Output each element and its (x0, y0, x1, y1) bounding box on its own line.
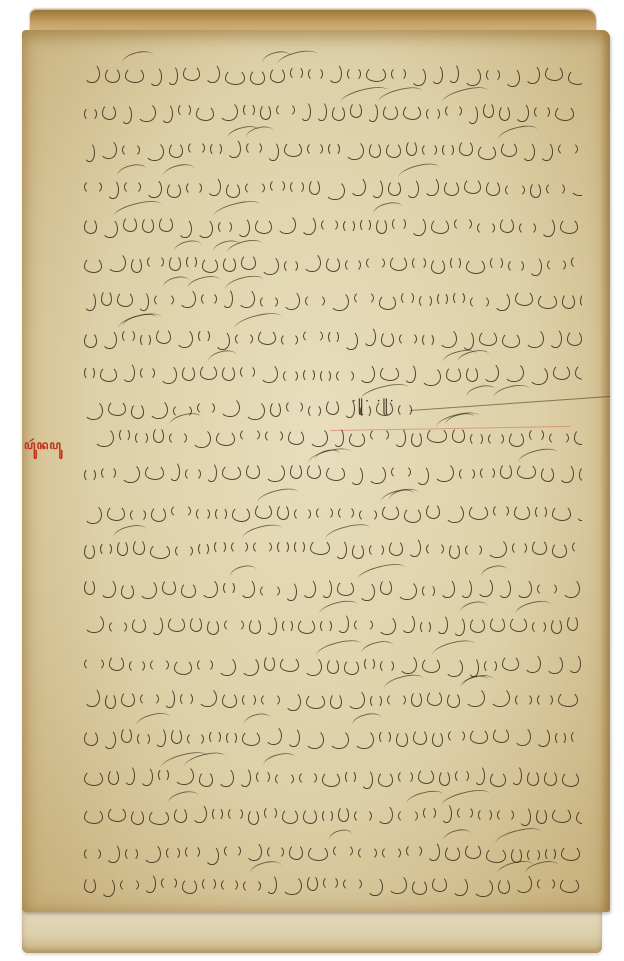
script-glyph (267, 845, 284, 859)
script-glyph (484, 659, 497, 673)
script-glyph (218, 767, 234, 787)
script-glyph (454, 217, 472, 231)
script-glyph (549, 328, 562, 348)
script-glyph (149, 809, 169, 825)
script-glyph (140, 766, 153, 786)
manuscript-line (84, 361, 582, 387)
script-glyph (225, 69, 245, 85)
script-glyph (392, 217, 406, 231)
script-glyph (121, 691, 135, 707)
manuscript-line (84, 500, 582, 526)
script-glyph (151, 615, 163, 635)
script-glyph (167, 65, 178, 85)
script-glyph (493, 727, 509, 743)
script-glyph (261, 255, 279, 275)
script-glyph (186, 255, 197, 269)
script-glyph (192, 428, 211, 448)
script-glyph (434, 462, 454, 482)
script-glyph (406, 140, 417, 156)
script-glyph (439, 328, 457, 348)
script-glyph (222, 692, 237, 708)
script-glyph (283, 290, 300, 310)
script-glyph (207, 176, 221, 196)
script-glyph (243, 879, 261, 893)
script-glyph (245, 400, 265, 420)
script-glyph (175, 544, 193, 558)
script-glyph (527, 770, 539, 786)
script-glyph (416, 465, 429, 485)
script-glyph (359, 508, 377, 522)
script-glyph (490, 616, 505, 632)
script-glyph (411, 216, 426, 236)
script-glyph (522, 141, 535, 161)
script-glyph (529, 365, 548, 385)
script-glyph (241, 656, 259, 676)
script-glyph (198, 542, 209, 556)
script-glyph (419, 294, 432, 308)
script-glyph (156, 328, 171, 344)
script-glyph (404, 507, 421, 523)
script-glyph (260, 295, 278, 309)
script-glyph (486, 68, 500, 82)
script-glyph (197, 658, 213, 672)
script-glyph (246, 463, 260, 479)
script-glyph (363, 326, 376, 346)
script-glyph (84, 366, 95, 380)
script-glyph (307, 875, 318, 891)
script-glyph (442, 143, 454, 157)
red-margin-note: ꦥꦸꦂꦤꦥꦸ (24, 436, 62, 460)
script-glyph (120, 878, 139, 892)
script-glyph (369, 543, 384, 557)
script-glyph (108, 400, 126, 416)
script-glyph (447, 692, 460, 708)
script-glyph (84, 291, 96, 311)
script-glyph (370, 694, 382, 708)
script-glyph (367, 876, 383, 896)
script-glyph (328, 330, 339, 344)
script-glyph (326, 256, 340, 272)
script-glyph (270, 401, 281, 417)
script-glyph (426, 107, 440, 121)
underlying-page (22, 905, 602, 953)
script-glyph (537, 693, 553, 707)
script-glyph (512, 541, 527, 555)
script-glyph (266, 615, 277, 635)
script-glyph (546, 182, 565, 196)
script-glyph (568, 653, 581, 673)
script-glyph (515, 290, 533, 306)
script-glyph (135, 431, 148, 445)
script-glyph (145, 141, 164, 161)
script-glyph (287, 727, 300, 747)
script-glyph (390, 255, 407, 271)
script-glyph (265, 725, 282, 745)
script-glyph (197, 218, 213, 238)
script-glyph (155, 727, 166, 747)
script-glyph (266, 874, 277, 894)
script-glyph (509, 431, 524, 447)
script-glyph (286, 400, 303, 414)
script-glyph (455, 769, 469, 783)
script-glyph (576, 501, 582, 521)
script-glyph (541, 466, 554, 482)
script-glyph (84, 107, 97, 121)
script-glyph (117, 291, 133, 307)
underlying-page-text-line (140, 932, 520, 942)
script-glyph (140, 692, 159, 706)
script-glyph (444, 180, 459, 196)
script-glyph (344, 659, 359, 675)
manuscript-line (84, 576, 582, 602)
script-glyph (431, 64, 443, 84)
script-glyph (366, 256, 385, 270)
script-glyph (508, 259, 524, 273)
script-glyph (84, 332, 97, 348)
script-glyph (167, 182, 181, 198)
script-glyph (527, 848, 540, 862)
script-glyph (502, 332, 520, 348)
script-glyph (205, 845, 219, 865)
script-glyph (391, 465, 411, 479)
manuscript-line (84, 213, 582, 239)
script-glyph (94, 427, 114, 447)
script-glyph (439, 770, 450, 786)
script-glyph (153, 427, 164, 443)
script-glyph (380, 579, 392, 595)
script-glyph (101, 877, 115, 897)
script-glyph (426, 503, 440, 519)
script-glyph (466, 366, 478, 382)
script-glyph (532, 539, 547, 555)
script-glyph (558, 142, 578, 156)
script-glyph (125, 847, 138, 861)
script-glyph (140, 333, 151, 347)
script-glyph (219, 101, 238, 121)
script-glyph (368, 464, 386, 484)
script-glyph (552, 807, 571, 823)
script-glyph (486, 180, 500, 196)
script-glyph (108, 806, 126, 822)
script-glyph (322, 771, 340, 787)
script-glyph (467, 104, 478, 124)
script-glyph (529, 256, 542, 276)
script-glyph (265, 462, 285, 482)
script-glyph (445, 657, 463, 677)
script-glyph (545, 65, 563, 81)
script-glyph (222, 464, 241, 480)
script-glyph (488, 432, 504, 446)
script-glyph (84, 847, 101, 861)
script-glyph (562, 293, 575, 309)
script-glyph (337, 580, 354, 596)
script-glyph (345, 770, 356, 784)
script-glyph (470, 432, 483, 446)
script-glyph (354, 618, 373, 632)
script-glyph (345, 140, 364, 160)
script-glyph (470, 295, 489, 309)
script-glyph (218, 656, 236, 676)
script-glyph (197, 401, 215, 415)
script-glyph (570, 176, 582, 196)
script-glyph (579, 466, 582, 482)
script-glyph (100, 578, 116, 598)
script-glyph (516, 578, 532, 598)
script-glyph (178, 218, 192, 238)
script-glyph (453, 291, 465, 305)
script-glyph (524, 653, 541, 673)
script-glyph (245, 181, 265, 195)
script-glyph (145, 464, 164, 480)
script-glyph (525, 64, 540, 84)
script-glyph (412, 879, 427, 895)
script-glyph (212, 807, 223, 821)
script-glyph (427, 841, 440, 861)
script-glyph (478, 144, 496, 160)
script-glyph (354, 291, 374, 305)
script-glyph (326, 399, 339, 415)
script-glyph (499, 105, 510, 121)
script-glyph (282, 808, 298, 824)
script-glyph (159, 216, 173, 232)
script-glyph (347, 689, 365, 709)
script-glyph (185, 845, 200, 859)
script-glyph (534, 105, 550, 119)
script-glyph (576, 809, 582, 825)
script-glyph (494, 291, 510, 311)
script-glyph (386, 142, 401, 158)
script-glyph (561, 845, 580, 861)
script-glyph (84, 687, 100, 707)
script-glyph (122, 143, 140, 157)
script-glyph (84, 657, 104, 671)
script-glyph (459, 140, 473, 156)
script-glyph (328, 142, 340, 156)
script-glyph (137, 732, 150, 746)
script-glyph (465, 543, 482, 557)
script-glyph (505, 67, 520, 87)
script-glyph (336, 369, 354, 383)
script-glyph (401, 613, 415, 633)
script-glyph (302, 578, 316, 598)
script-glyph (490, 687, 510, 707)
script-glyph (555, 105, 574, 121)
script-glyph (338, 506, 354, 520)
script-glyph (281, 333, 298, 347)
script-glyph (411, 691, 422, 707)
script-glyph (290, 180, 304, 194)
script-glyph (406, 844, 422, 858)
script-glyph (580, 292, 582, 308)
script-glyph (264, 655, 275, 671)
script-glyph (515, 693, 532, 707)
script-glyph (477, 221, 495, 235)
script-glyph (448, 63, 459, 83)
script-glyph (105, 693, 116, 709)
script-glyph (303, 329, 323, 343)
script-glyph (149, 399, 168, 419)
script-glyph (174, 807, 187, 823)
script-glyph (525, 328, 544, 348)
script-glyph (282, 875, 302, 895)
script-glyph (366, 66, 386, 82)
script-glyph (294, 540, 305, 554)
script-glyph (171, 504, 191, 518)
script-glyph (107, 505, 125, 521)
script-glyph (379, 730, 391, 744)
script-glyph (124, 765, 135, 785)
script-glyph (412, 256, 426, 270)
script-glyph (215, 507, 227, 521)
script-glyph (221, 878, 238, 892)
script-glyph (427, 690, 442, 706)
script-glyph (432, 876, 447, 892)
script-glyph (418, 768, 434, 784)
script-glyph (103, 729, 116, 749)
script-glyph (220, 397, 240, 417)
script-glyph (560, 218, 578, 234)
script-glyph (411, 66, 426, 86)
script-glyph (532, 620, 546, 634)
script-glyph (164, 688, 175, 708)
script-glyph (361, 769, 373, 789)
script-glyph (101, 466, 116, 480)
script-glyph (84, 63, 100, 83)
script-glyph (349, 431, 365, 447)
script-glyph (530, 182, 541, 198)
script-glyph (242, 730, 260, 746)
manuscript-photo: ꦥꦸꦂꦤꦥꦸ ·꧋· ·꧋· (0, 0, 624, 961)
script-glyph (558, 691, 578, 707)
script-glyph (308, 67, 323, 81)
script-glyph (358, 846, 377, 860)
script-glyph (187, 732, 204, 746)
script-glyph (267, 141, 279, 161)
manuscript-line (84, 325, 582, 351)
script-glyph (84, 808, 103, 824)
script-glyph (209, 730, 221, 744)
script-glyph (519, 221, 536, 235)
script-glyph (536, 727, 550, 747)
script-glyph (222, 365, 235, 381)
script-glyph (338, 806, 349, 822)
script-glyph (249, 618, 261, 634)
script-glyph (307, 142, 323, 156)
script-glyph (166, 846, 180, 860)
script-glyph (146, 178, 162, 198)
script-glyph (431, 258, 445, 274)
script-glyph (464, 178, 481, 194)
script-glyph (178, 103, 191, 117)
script-glyph (403, 104, 421, 120)
script-glyph (413, 729, 427, 745)
script-glyph (303, 808, 317, 824)
script-glyph (121, 727, 132, 743)
script-glyph (369, 142, 381, 158)
script-glyph (490, 771, 506, 787)
script-glyph (243, 103, 255, 117)
script-glyph (161, 103, 173, 123)
script-glyph (423, 806, 436, 820)
script-glyph (226, 182, 240, 198)
script-glyph (151, 506, 166, 522)
script-glyph (143, 843, 161, 863)
script-glyph (84, 770, 103, 786)
script-glyph (544, 770, 557, 786)
script-glyph (371, 178, 383, 198)
manuscript-line (84, 764, 582, 790)
script-glyph (397, 580, 417, 600)
script-glyph (260, 363, 278, 383)
script-glyph (465, 843, 481, 859)
script-glyph (350, 465, 363, 485)
script-glyph (360, 218, 371, 232)
script-glyph (571, 730, 582, 744)
script-glyph (493, 504, 509, 518)
script-glyph (133, 539, 145, 555)
script-glyph (459, 467, 475, 481)
script-glyph (568, 69, 582, 85)
script-glyph (190, 616, 202, 632)
script-glyph (559, 463, 574, 483)
script-glyph (285, 691, 301, 711)
script-glyph (350, 176, 366, 196)
script-glyph (408, 537, 421, 557)
script-glyph (282, 619, 293, 633)
script-glyph (308, 845, 328, 861)
script-glyph (404, 363, 416, 383)
script-glyph (514, 504, 530, 520)
script-glyph (422, 333, 434, 347)
script-glyph (240, 365, 255, 379)
script-glyph (330, 693, 342, 709)
script-glyph (330, 291, 349, 311)
script-glyph (142, 217, 154, 233)
script-glyph (515, 102, 529, 122)
script-glyph (536, 808, 547, 824)
script-glyph (388, 874, 407, 894)
script-glyph (572, 540, 582, 554)
script-glyph (500, 217, 514, 233)
script-glyph (198, 687, 217, 707)
script-glyph (377, 804, 393, 824)
section-end-mark: ·꧋· ·꧋· (352, 392, 396, 416)
script-glyph (514, 726, 531, 746)
script-glyph (480, 466, 495, 480)
script-glyph (468, 657, 479, 677)
script-glyph (84, 257, 102, 273)
script-glyph (422, 143, 437, 157)
script-glyph (323, 876, 338, 890)
script-glyph (389, 540, 403, 556)
script-glyph (102, 104, 116, 120)
script-glyph (100, 366, 117, 382)
script-glyph (483, 102, 494, 118)
script-glyph (147, 255, 164, 269)
script-glyph (242, 693, 256, 707)
script-glyph (436, 614, 448, 634)
script-glyph (285, 581, 297, 601)
script-glyph (237, 217, 250, 237)
script-glyph (294, 507, 311, 521)
script-glyph (352, 543, 364, 559)
script-glyph (562, 578, 580, 598)
script-glyph (150, 543, 170, 559)
script-glyph (84, 504, 102, 524)
script-glyph (322, 809, 333, 823)
script-glyph (174, 659, 192, 675)
manuscript-line (84, 62, 582, 88)
